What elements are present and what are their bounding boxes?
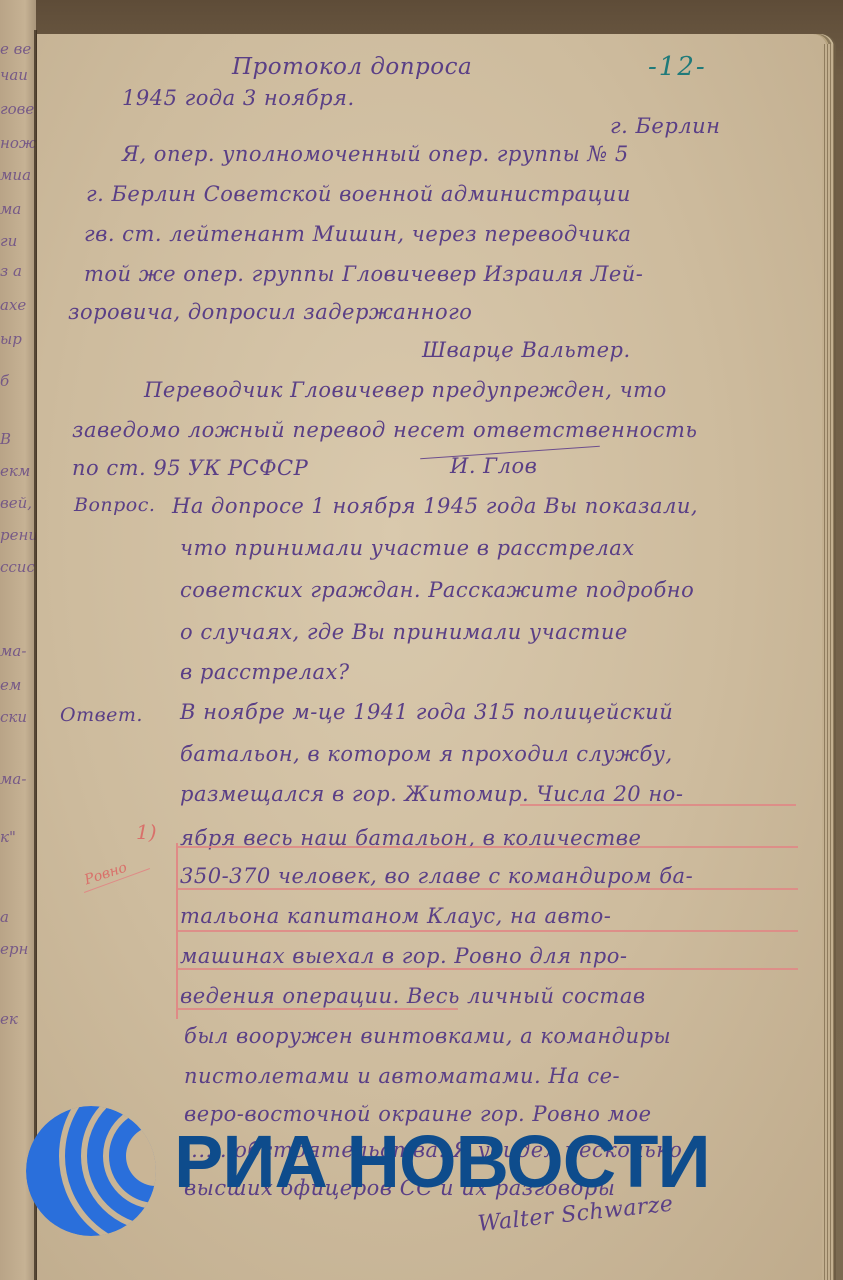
ria-novosti-watermark: РИА НОВОСТИ xyxy=(24,1104,824,1238)
question-label: Вопрос. xyxy=(74,494,155,516)
document-page xyxy=(37,34,827,1280)
page-edges xyxy=(822,44,834,1280)
left-page-fragment: гове xyxy=(0,100,34,118)
warning-line: по ст. 95 УК РСФСР xyxy=(72,456,308,480)
answer-label: Ответ. xyxy=(60,704,143,726)
left-page-fragment: з а xyxy=(0,262,22,280)
intro-line: той же опер. группы Гловичевер Израиля Л… xyxy=(84,262,643,286)
left-page-fragment: миа xyxy=(0,166,31,184)
intro-line: Я, опер. уполномоченный опер. группы № 5 xyxy=(122,142,629,166)
left-page-fragment: е ве xyxy=(0,40,31,58)
ria-novosti-wordmark: РИА НОВОСТИ xyxy=(174,1122,710,1202)
left-page-fragment: ма- xyxy=(0,770,26,788)
intro-line: гв. ст. лейтенант Мишин, через переводчи… xyxy=(84,222,631,246)
ria-globe-logo-icon xyxy=(24,1104,158,1238)
left-page-fragment: ссис xyxy=(0,558,35,576)
margin-marker: 1) xyxy=(136,820,157,844)
warning-line: заведомо ложный перевод несет ответствен… xyxy=(72,418,697,442)
question-line: советских граждан. Расскажите подробно xyxy=(180,578,694,602)
left-page-fragment: ножи xyxy=(0,134,36,152)
red-underline xyxy=(520,804,796,806)
left-page-fragment: чаи xyxy=(0,66,28,84)
red-underline xyxy=(178,846,798,848)
red-underline xyxy=(178,888,798,890)
left-page-fragment: ахе xyxy=(0,296,26,314)
left-page-fragment: екм xyxy=(0,462,30,480)
left-page-fragment: вей, xyxy=(0,494,32,512)
question-line: На допросе 1 ноября 1945 года Вы показал… xyxy=(172,494,698,518)
answer-line: В ноябре м-це 1941 года 315 полицейский xyxy=(180,700,673,724)
red-margin-bracket xyxy=(176,843,178,1019)
intro-line: зоровича, допросил задержанного xyxy=(68,300,472,324)
red-underline xyxy=(178,968,798,970)
left-page-fragment: ыр xyxy=(0,330,22,348)
detainee-name: Шварце Вальтер. xyxy=(422,338,631,362)
document-place: г. Берлин xyxy=(610,114,721,138)
left-page-fragment: ски xyxy=(0,708,27,726)
answer-line: 350-370 человек, во главе с командиром б… xyxy=(180,864,693,888)
left-page-fragment: В xyxy=(0,430,11,448)
question-line: что принимали участие в расстрелах xyxy=(180,536,635,560)
translator-signature: И. Глов xyxy=(450,454,537,478)
page-number: -12- xyxy=(648,52,707,82)
answer-line: ведения операции. Весь личный состав xyxy=(180,984,646,1008)
left-page-fragment: ма- xyxy=(0,642,26,660)
left-page-fragment: рение xyxy=(0,526,36,544)
left-page-fragment: а xyxy=(0,908,9,926)
left-page-fragment: ем xyxy=(0,676,21,694)
adjacent-left-page: е ве чаи гове ножи миа ма ги з а ахе ыр … xyxy=(0,0,36,1280)
answer-line: был вооружен винтовками, а командиры xyxy=(184,1024,671,1048)
warning-line: Переводчик Гловичевер предупрежден, что xyxy=(144,378,667,402)
red-underline xyxy=(178,1008,458,1010)
document-date: 1945 года 3 ноября. xyxy=(122,86,355,110)
left-page-fragment: ерн xyxy=(0,940,28,958)
answer-line: тальона капитаном Клаус, на авто- xyxy=(180,904,611,928)
answer-line: размещался в гор. Житомир. Числа 20 но- xyxy=(180,782,683,806)
left-page-fragment: ек xyxy=(0,1010,18,1028)
question-line: в расстрелах? xyxy=(180,660,350,684)
answer-line: батальон, в котором я проходил службу, xyxy=(180,742,673,766)
answer-line: пистолетами и автоматами. На се- xyxy=(184,1064,620,1088)
question-line: о случаях, где Вы принимали участие xyxy=(180,620,628,644)
intro-line: г. Берлин Советской военной администраци… xyxy=(86,182,631,206)
left-page-fragment: к" xyxy=(0,828,16,846)
left-page-fragment: ги xyxy=(0,232,17,250)
left-page-fragment: ма xyxy=(0,200,21,218)
document-title: Протокол допроса xyxy=(232,54,472,80)
answer-line: машинах выехал в гор. Ровно для про- xyxy=(180,944,627,968)
red-underline xyxy=(178,930,798,932)
left-page-fragment: б xyxy=(0,372,9,390)
